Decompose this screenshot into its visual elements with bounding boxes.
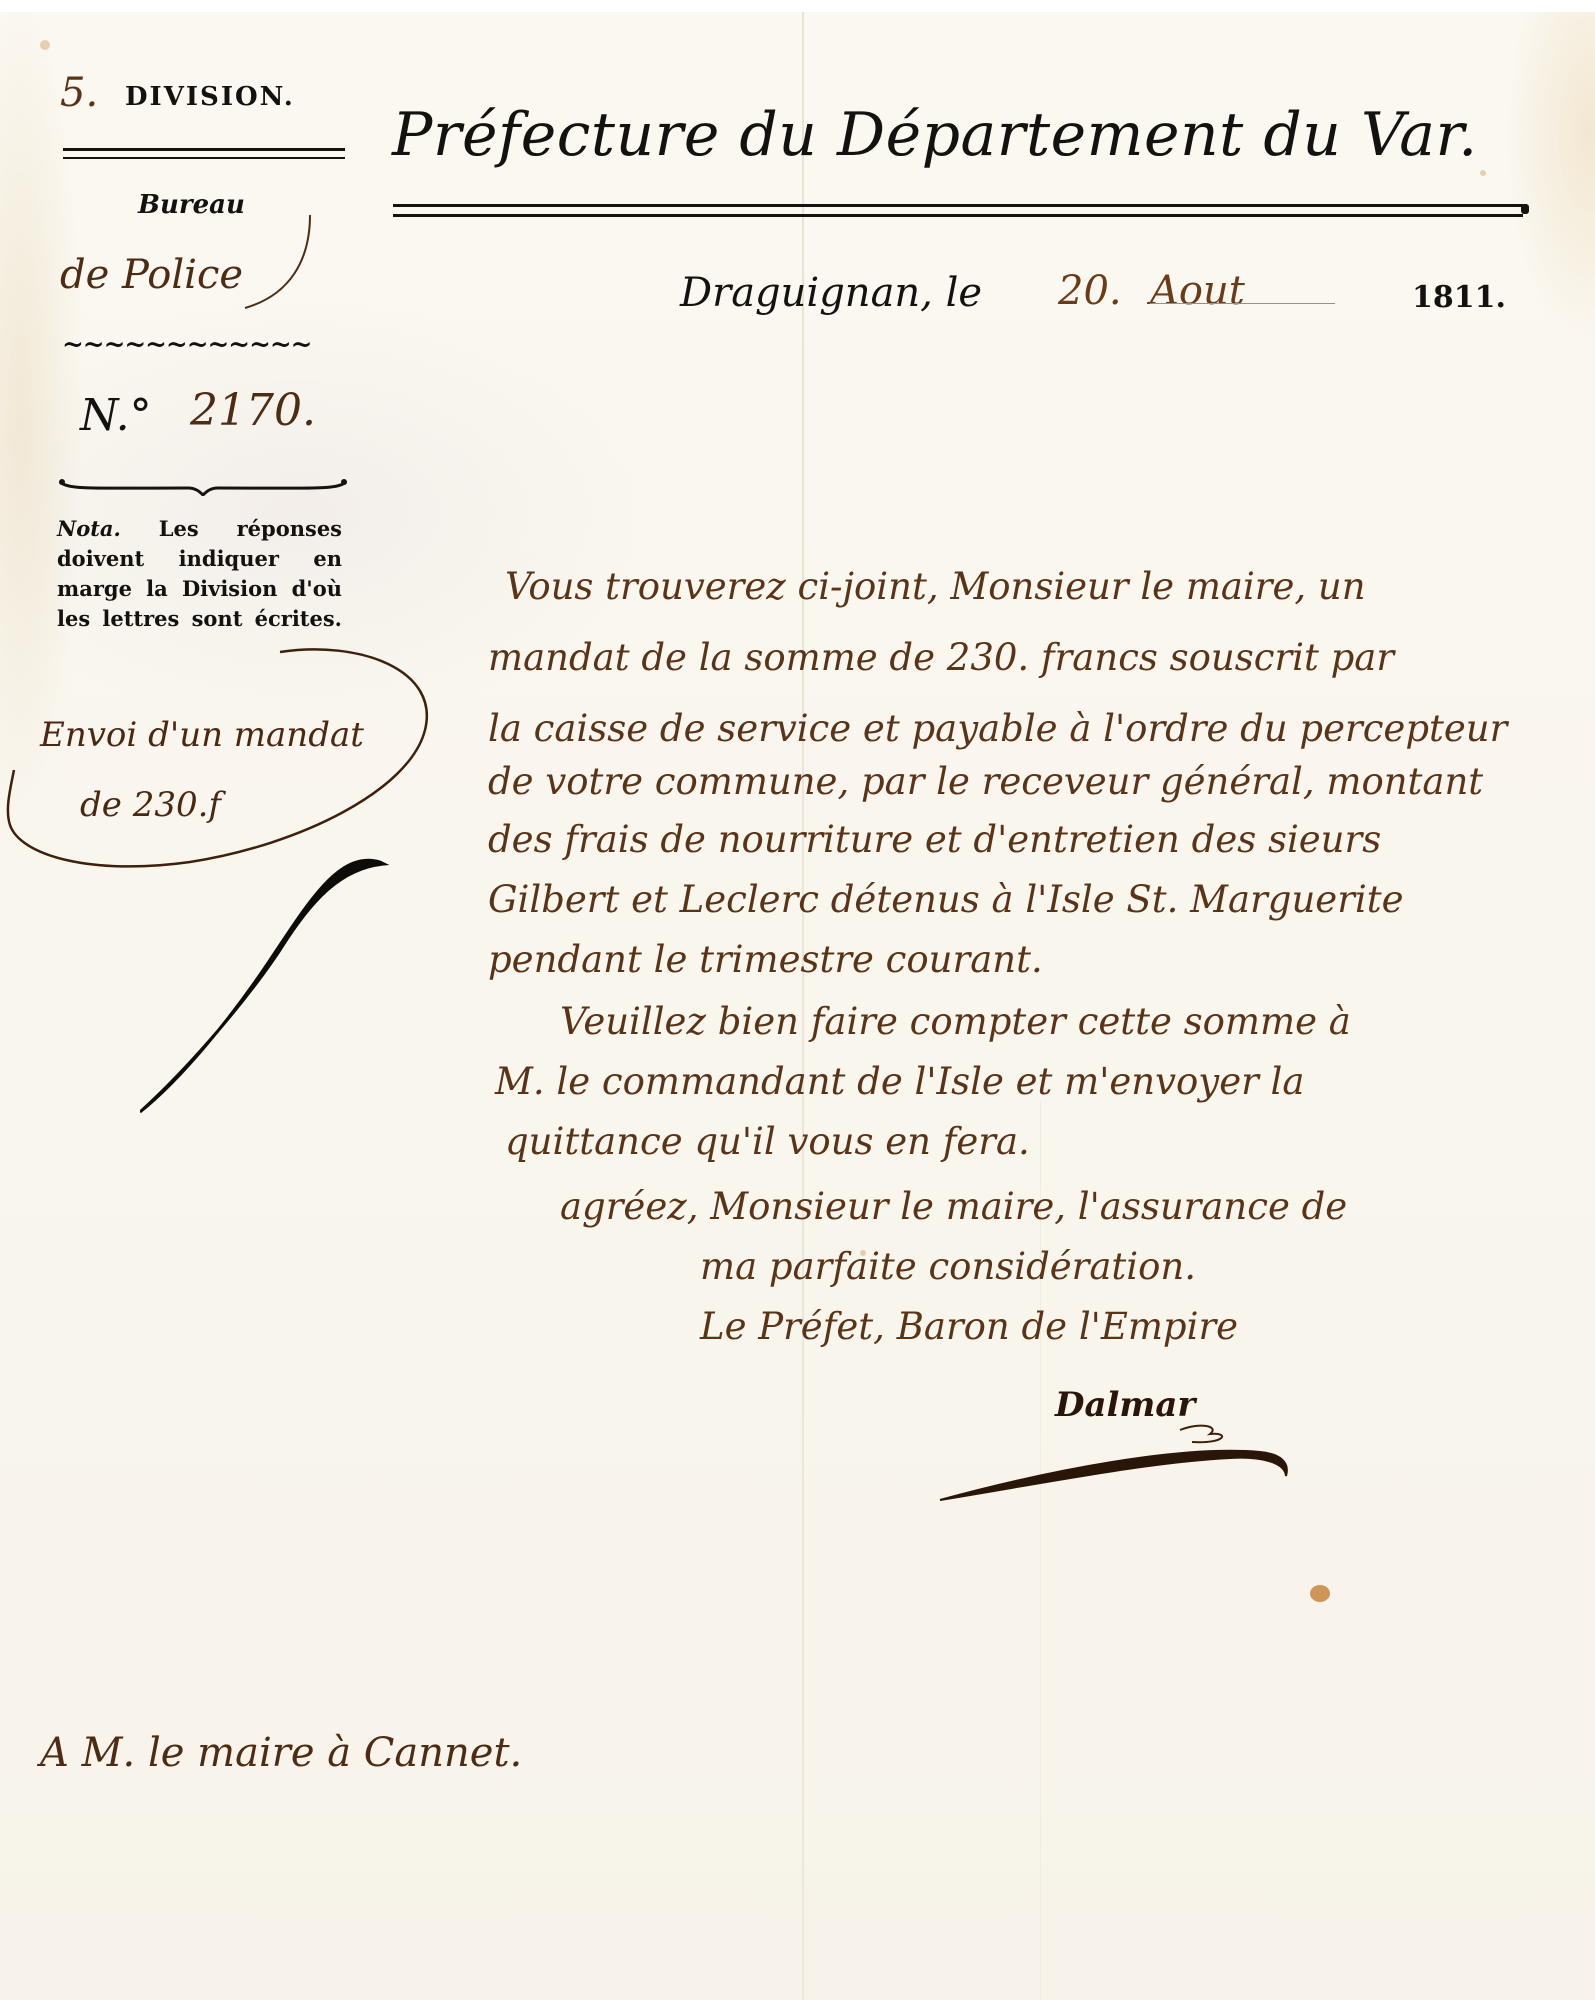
body-line: la caisse de service et payable à l'ordr… [488,707,1507,750]
signature-flourish-icon [930,1390,1310,1510]
recipient-address: A M. le maire à Cannet. [40,1730,522,1776]
paper-fold-line-faint [1040,1100,1041,2000]
body-line: quittance qu'il vous en fera. [505,1120,1030,1163]
margin-note-line2: de 230.f [40,770,364,840]
nota-label: Nota. [57,516,121,541]
margin-note-line1: Envoi d'un mandat [40,700,364,770]
body-line: M. le commandant de l'Isle et m'envoyer … [495,1060,1304,1103]
prefecture-title: Préfecture du Département du Var. [392,100,1478,170]
date-day: 20. [1058,268,1122,314]
bureau-name-handwritten: de Police [60,252,243,298]
wave-ornament: ~~~~~~~~~~~~ [62,330,311,360]
date-year: 1811. [1412,280,1506,315]
body-line: des frais de nourriture et d'entretien d… [488,818,1381,861]
foxing-stain [1310,1585,1330,1602]
pen-stroke-mark-icon [140,840,400,1120]
closing-line: ma parfaite considération. [700,1245,1196,1288]
header-rule-left [63,148,345,159]
body-line: Veuillez bien faire compter cette somme … [560,1000,1351,1043]
date-blank-line [1150,303,1335,304]
nota-instructions: Nota. Les réponses doivent indiquer en m… [57,514,342,634]
body-line: pendant le trimestre courant. [488,938,1043,981]
foxing-stain [40,40,50,50]
division-number: 5. [60,70,98,116]
header-rule-right [393,204,1523,217]
body-line: de votre commune, par le receveur généra… [488,760,1483,803]
numero-value: 2170. [190,385,316,436]
numero-label: N.° [80,390,152,441]
place-prefix: Draguignan, le [680,270,982,316]
body-line: Vous trouverez ci-joint, Monsieur le mai… [505,565,1366,608]
body-line: Gilbert et Leclerc détenus à l'Isle St. … [488,878,1403,921]
brace-ornament-icon [58,474,348,496]
closing-line: agréez, Monsieur le maire, l'assurance d… [560,1185,1347,1228]
signatory-title: Le Préfet, Baron de l'Empire [700,1305,1238,1348]
bureau-label: Bureau [138,190,245,220]
division-label: DIVISION. [125,82,295,112]
foxing-stain [1480,170,1486,176]
police-flourish-icon [240,210,320,320]
body-line: mandat de la somme de 230. francs souscr… [488,636,1394,679]
date-month: Aout [1150,268,1245,314]
margin-note: Envoi d'un mandat de 230.f [40,700,364,840]
